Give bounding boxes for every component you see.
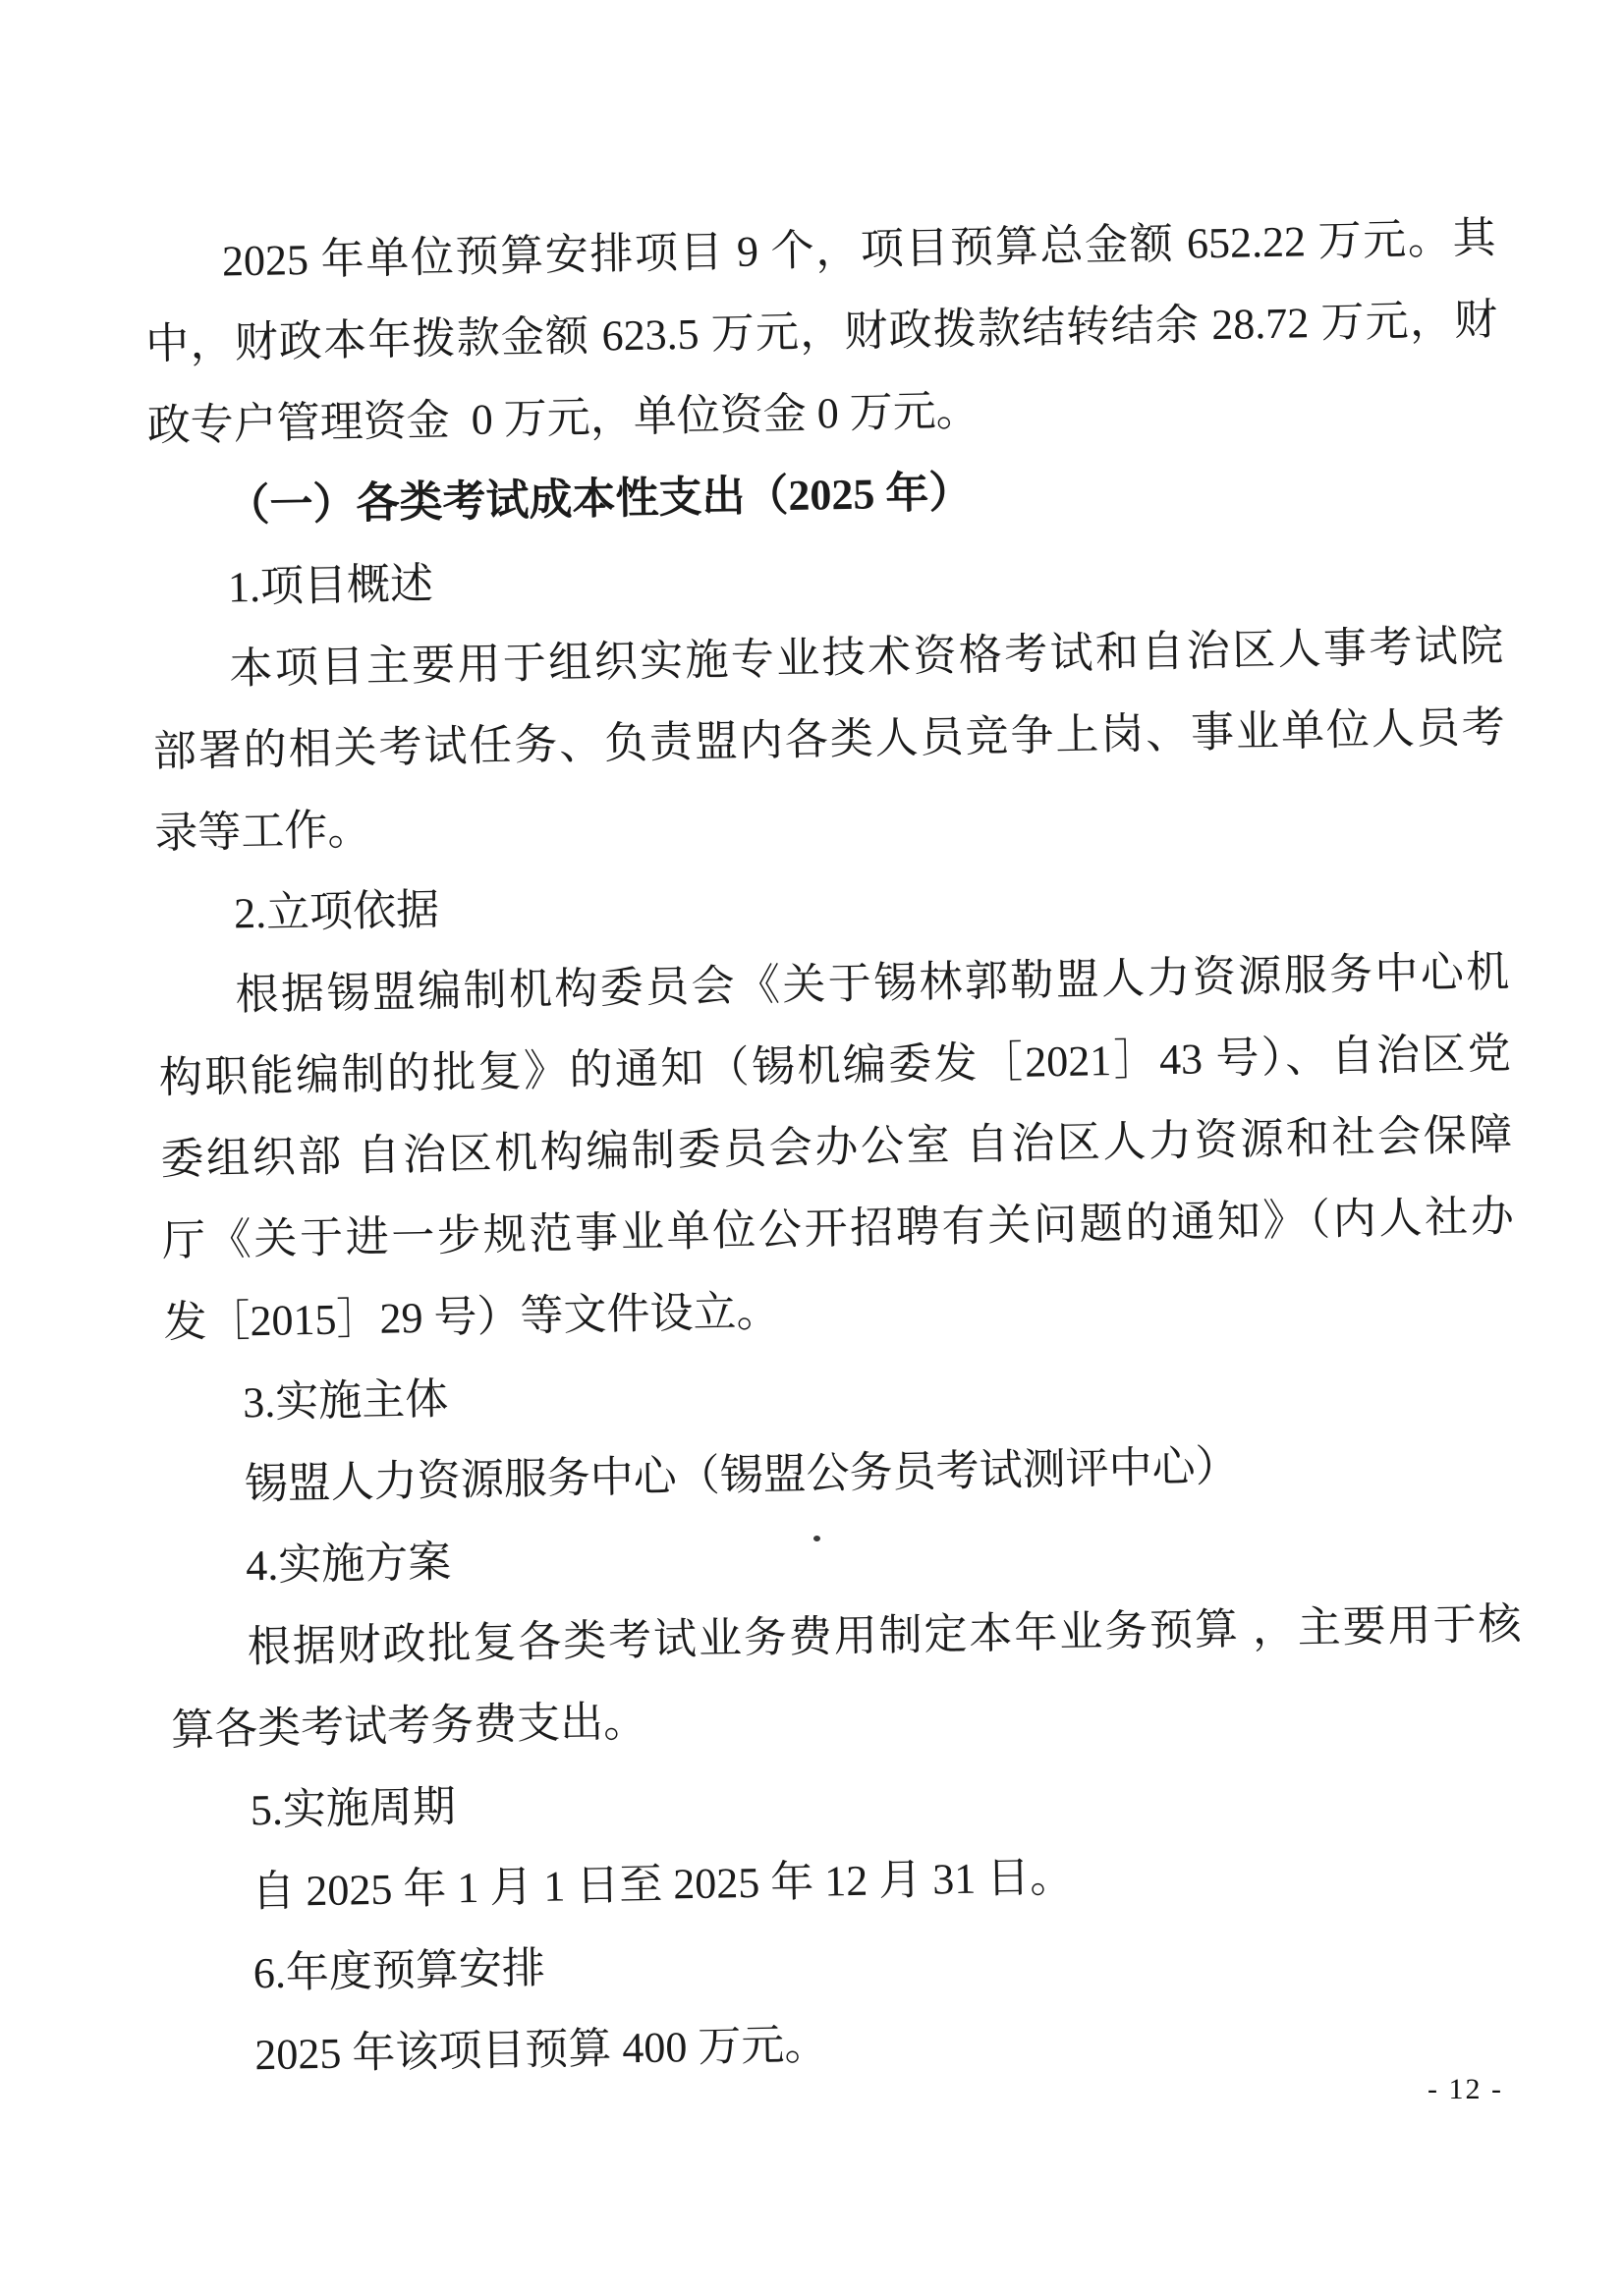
ink-speck (813, 1536, 820, 1541)
document-page: 2025 年单位预算安排项目 9 个，项目预算总金额 652.22 万元。其 中… (0, 0, 1624, 2295)
page-number: - 12 - (1428, 2073, 1503, 2106)
text-block: 2025 年单位预算安排项目 9 个，项目预算总金额 652.22 万元。其 中… (143, 197, 1530, 2098)
